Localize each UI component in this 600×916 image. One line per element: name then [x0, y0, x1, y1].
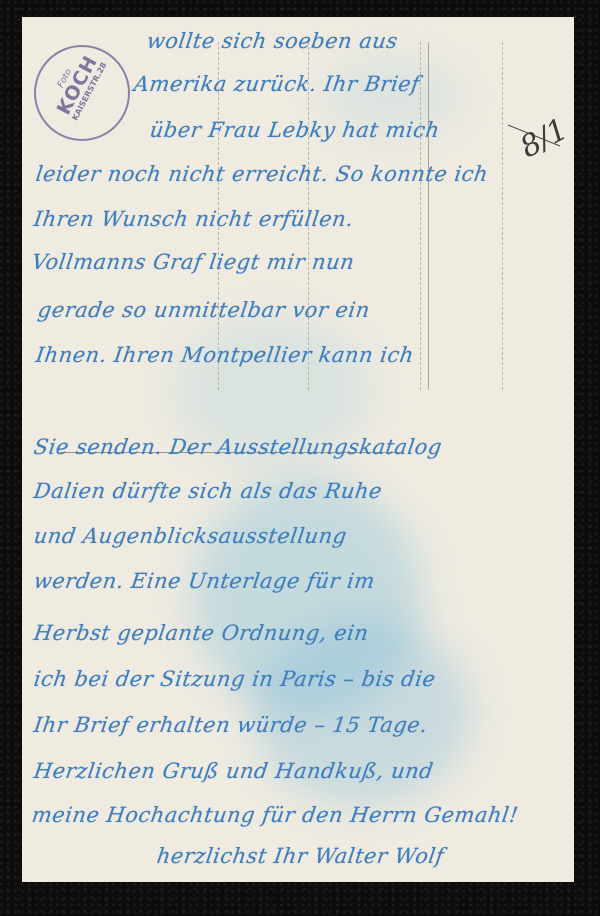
letter-line: werden. Eine Unterlage für im — [32, 569, 376, 593]
letter-line: Ihren Wunsch nicht erfüllen. — [32, 207, 355, 231]
letter-line: meine Hochachtung für den Herrn Gemahl! — [30, 803, 520, 827]
letter-line: und Augenblicksausstellung — [32, 524, 348, 548]
letter-line: Sie senden. Der Ausstellungskatalog — [32, 435, 443, 459]
letter-line: wollte sich soeben aus — [145, 29, 399, 53]
letter-line: gerade so unmittelbar vor ein — [36, 298, 371, 322]
letter-line: Herbst geplante Ordnung, ein — [32, 621, 370, 645]
letter-line: Amerika zurück. Ihr Brief — [132, 72, 421, 96]
letter-line: Dalien dürfte sich als das Ruhe — [32, 479, 383, 503]
letter-line: Herzlichen Gruß und Handkuß, und — [32, 759, 435, 783]
letter-line: Ihr Brief erhalten würde – 15 Tage. — [32, 713, 429, 737]
letter-line: Vollmanns Graf liegt mir nun — [30, 250, 356, 274]
signature-line: herzlichst Ihr Walter Wolf — [155, 844, 445, 868]
letter-line: Ihnen. Ihren Montpellier kann ich — [34, 343, 415, 367]
letter-line: über Frau Lebky hat mich — [148, 118, 441, 142]
letter-line: ich bei der Sitzung in Paris – bis die — [32, 667, 437, 691]
postcard: Foto KOCH KAISERSTR.28 8/1 wollte sich s… — [22, 17, 574, 882]
handwritten-letter: wollte sich soeben aus Amerika zurück. I… — [22, 17, 574, 882]
letter-line: leider noch nicht erreicht. So konnte ic… — [34, 162, 489, 186]
